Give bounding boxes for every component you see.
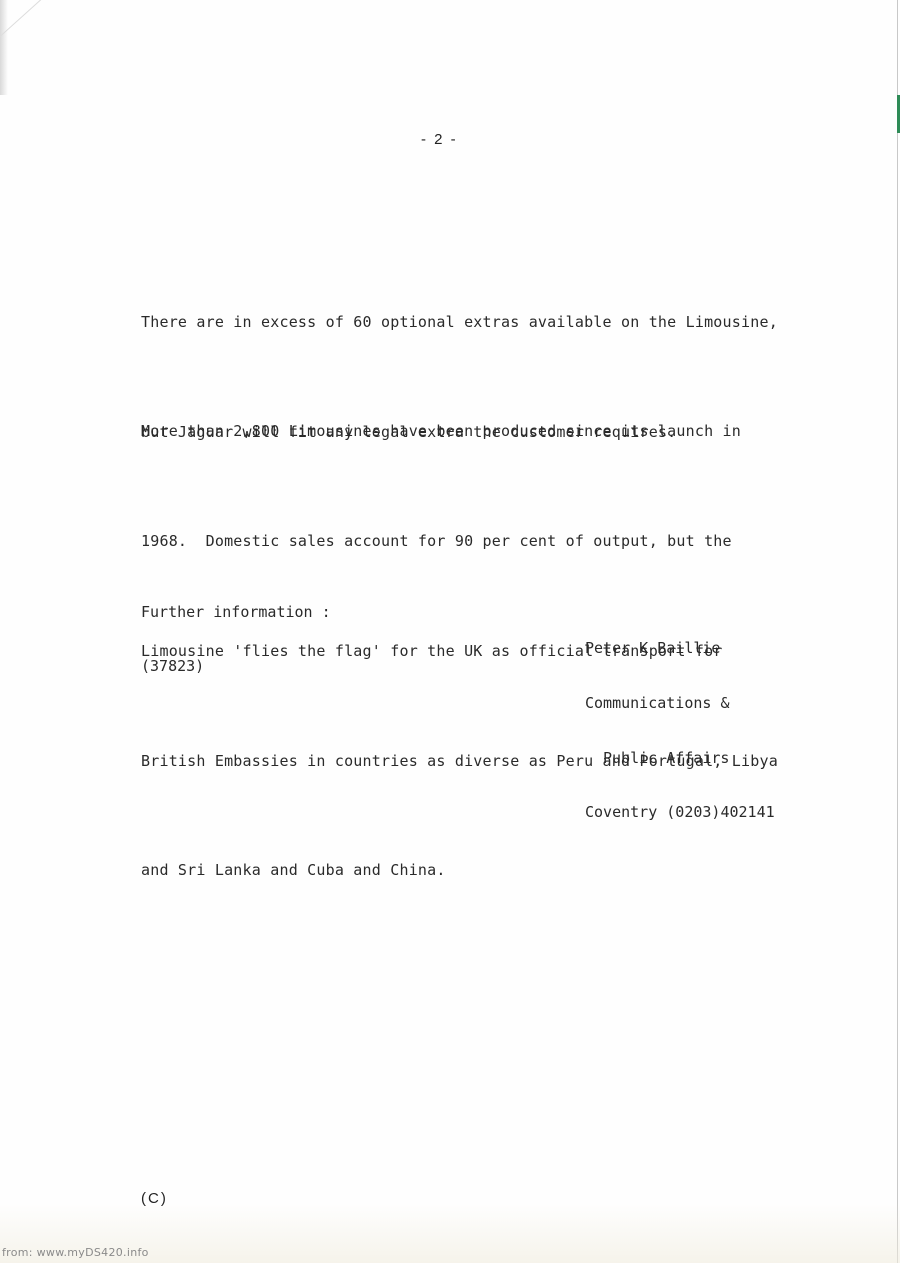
- further-information-label: Further information :: [141, 603, 331, 621]
- paragraph-line: More than 2,800 Limousines have been pro…: [141, 413, 778, 450]
- paragraph-line: 1968. Domestic sales account for 90 per …: [141, 523, 778, 560]
- contact-department: Communications &: [585, 694, 775, 712]
- copyright-mark: (C): [141, 1190, 168, 1207]
- paper-right-edge: [897, 0, 898, 1263]
- contact-phone: Coventry (0203)402141: [585, 803, 775, 821]
- contact-department-continued: Public Affairs: [585, 749, 775, 767]
- folded-corner-crease: [0, 0, 72, 46]
- reference-number: (37823): [141, 657, 204, 675]
- paragraph-line: There are in excess of 60 optional extra…: [141, 304, 778, 341]
- page-number: - 2 -: [421, 131, 458, 148]
- folded-corner-shadow: [0, 0, 8, 95]
- document-page: - 2 - There are in excess of 60 optional…: [0, 0, 900, 1263]
- contact-name: Peter K Baillie: [585, 639, 775, 657]
- contact-block: Peter K Baillie Communications & Public …: [585, 603, 775, 858]
- source-watermark: from: www.myDS420.info: [2, 1246, 149, 1259]
